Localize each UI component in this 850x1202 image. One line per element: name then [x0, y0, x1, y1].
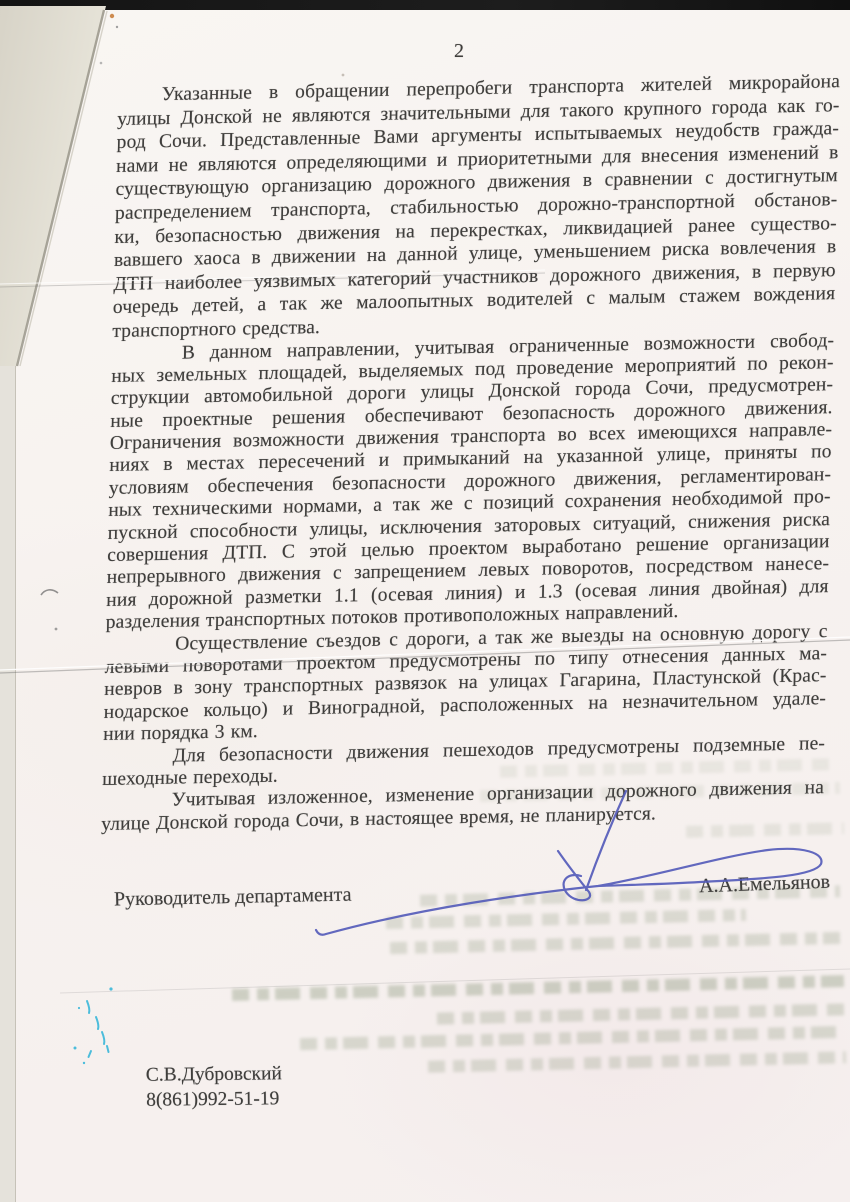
executor-phone: 8(861)992-51-19	[146, 1086, 282, 1112]
footer-contact: С.В.Дубровский 8(861)992-51-19	[146, 1061, 283, 1112]
page-number: 2	[454, 40, 464, 63]
body-text: Указанные в обращении перепробеги трансп…	[101, 70, 840, 836]
signer-name: А.А.Емельянов	[699, 871, 831, 899]
paper-edge-left	[0, 366, 16, 1202]
paragraph: Осуществление съездов с дороги, а так же…	[103, 621, 828, 747]
scanned-letter-page: 2 Указанные в обращении перепробеги тран…	[0, 0, 850, 1202]
paragraph: Указанные в обращении перепробеги трансп…	[112, 70, 840, 343]
paragraph: В данном направлении, учитывая ограничен…	[106, 330, 835, 635]
scanner-edge-top	[0, 0, 850, 10]
executor-name: С.В.Дубровский	[146, 1061, 282, 1087]
